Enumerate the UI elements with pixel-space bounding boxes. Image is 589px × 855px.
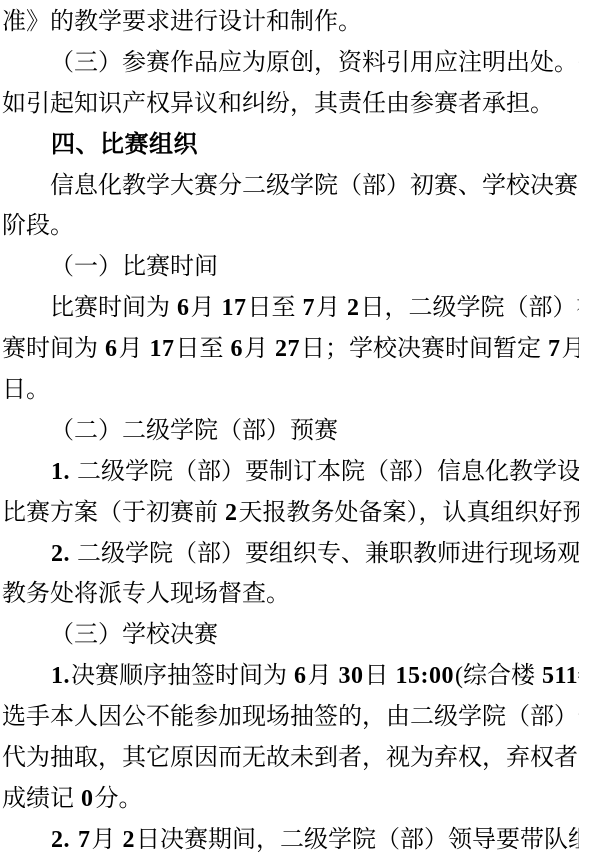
text-run: 月 bbox=[316, 295, 346, 321]
bold-run: 7 bbox=[302, 295, 317, 321]
bold-run: 7 bbox=[77, 827, 92, 853]
bold-run: 四、比赛组织 bbox=[50, 132, 199, 158]
text-run: 成绩记 bbox=[2, 786, 80, 812]
text-line: 选手本人因公不能参加现场抽签的，由二级学院（部）领导 bbox=[2, 697, 579, 738]
text-run: 月 bbox=[562, 336, 580, 362]
text-line: 代为抽取，其它原因而无故未到者，视为弃权，弃权者比赛 bbox=[2, 738, 579, 779]
text-run: 日 bbox=[365, 663, 395, 689]
bold-run: 17 bbox=[149, 336, 176, 362]
text-line: 2. 7月 2日决赛期间，二级学院（部）领导要带队组织 bbox=[2, 820, 579, 855]
text-run: 月 bbox=[92, 827, 122, 853]
bold-run: 15:00 bbox=[395, 663, 456, 689]
text-run: 月 bbox=[119, 336, 149, 362]
text-line: 日。 bbox=[2, 370, 579, 411]
bold-run: 7 bbox=[547, 336, 562, 362]
text-line: 准》的教学要求进行设计和制作。 bbox=[2, 2, 579, 43]
text-run: 代为抽取，其它原因而无故未到者，视为弃权，弃权者比赛 bbox=[2, 745, 579, 771]
text-run: 天报教务处备案），认真组织好预赛。 bbox=[239, 500, 580, 526]
text-run: 如引起知识产权异议和纠纷，其责任由参赛者承担。 bbox=[2, 91, 554, 117]
text-run: 分。 bbox=[95, 786, 143, 812]
bold-run: 2 bbox=[122, 827, 137, 853]
bold-run: 1. bbox=[50, 459, 71, 485]
text-line: 比赛时间为 6月 17日至 7月 2日，二级学院（部）初 bbox=[2, 288, 579, 329]
bold-run: 30 bbox=[338, 663, 365, 689]
text-run: 准》的教学要求进行设计和制作。 bbox=[2, 9, 362, 35]
text-line: 比赛方案（于初赛前 2天报教务处备案），认真组织好预赛。 bbox=[2, 493, 579, 534]
bold-run: 6 bbox=[293, 663, 308, 689]
bold-run: 1. bbox=[50, 663, 71, 689]
bold-run: 0 bbox=[80, 786, 95, 812]
bold-run: 2 bbox=[346, 295, 361, 321]
text-run: 日。 bbox=[2, 377, 50, 403]
text-line: 2. 二级学院（部）要组织专、兼职教师进行现场观摩， bbox=[2, 534, 579, 575]
text-run: 月 bbox=[191, 295, 221, 321]
text-line: 教务处将派专人现场督查。 bbox=[2, 574, 579, 615]
text-run: 日至 bbox=[176, 336, 230, 362]
text-line: （三）参赛作品应为原创，资料引用应注明出处。作品 bbox=[2, 43, 579, 84]
bold-run: 2. bbox=[50, 541, 71, 567]
text-line: （二）二级学院（部）预赛 bbox=[2, 411, 579, 452]
text-run: 日至 bbox=[248, 295, 302, 321]
text-run: 二级学院（部）要组织专、兼职教师进行现场观摩， bbox=[71, 541, 579, 567]
text-line: 如引起知识产权异议和纠纷，其责任由参赛者承担。 bbox=[2, 84, 579, 125]
bold-run: 17 bbox=[221, 295, 248, 321]
text-run: 二级学院（部）要制订本院（部）信息化教学设计 bbox=[71, 459, 579, 485]
text-run: （二）二级学院（部）预赛 bbox=[50, 418, 338, 444]
bold-run: 27 bbox=[274, 336, 301, 362]
text-line: 信息化教学大赛分二级学院（部）初赛、学校决赛两个 bbox=[2, 166, 579, 207]
text-run: 选手本人因公不能参加现场抽签的，由二级学院（部）领导 bbox=[2, 704, 579, 730]
text-run: 信息化教学大赛分二级学院（部）初赛、学校决赛两个 bbox=[50, 173, 579, 199]
text-run: 月 bbox=[244, 336, 274, 362]
text-run: 比赛方案（于初赛前 bbox=[2, 500, 224, 526]
bold-run: 511# bbox=[541, 663, 579, 689]
text-line: 赛时间为 6月 17日至 6月 27日；学校决赛时间暂定 7月 2 bbox=[2, 329, 579, 370]
document-page: 准》的教学要求进行设计和制作。（三）参赛作品应为原创，资料引用应注明出处。作品如… bbox=[0, 0, 589, 855]
text-line: 1. 二级学院（部）要制订本院（部）信息化教学设计 bbox=[2, 452, 579, 493]
text-run: 日，二级学院（部）初 bbox=[361, 295, 580, 321]
text-run: 教务处将派专人现场督查。 bbox=[2, 581, 290, 607]
text-run: 赛时间为 bbox=[2, 336, 104, 362]
text-run: 日决赛期间，二级学院（部）领导要带队组织 bbox=[136, 827, 579, 853]
text-run: （三）学校决赛 bbox=[50, 622, 218, 648]
text-run: (综合楼 bbox=[455, 663, 541, 689]
text-line: 成绩记 0分。 bbox=[2, 779, 579, 820]
bold-run: 2 bbox=[224, 500, 239, 526]
text-line: 阶段。 bbox=[2, 206, 579, 247]
text-run: 比赛时间为 bbox=[50, 295, 176, 321]
text-line: 1.决赛顺序抽签时间为 6月 30日 15:00(综合楼 511#)， bbox=[2, 656, 579, 697]
bold-run: 2. bbox=[50, 827, 71, 853]
text-run: 决赛顺序抽签时间为 bbox=[71, 663, 293, 689]
bold-run: 6 bbox=[176, 295, 191, 321]
bold-run: 6 bbox=[104, 336, 119, 362]
text-run: 日；学校决赛时间暂定 bbox=[301, 336, 547, 362]
text-run: 阶段。 bbox=[2, 213, 74, 239]
text-run: 月 bbox=[308, 663, 338, 689]
text-run: （一）比赛时间 bbox=[50, 254, 218, 280]
document-body: 准》的教学要求进行设计和制作。（三）参赛作品应为原创，资料引用应注明出处。作品如… bbox=[2, 2, 579, 855]
bold-run: 6 bbox=[230, 336, 245, 362]
text-run: （三）参赛作品应为原创，资料引用应注明出处。作品 bbox=[50, 50, 579, 76]
text-line: （一）比赛时间 bbox=[2, 247, 579, 288]
text-line: （三）学校决赛 bbox=[2, 615, 579, 656]
section-heading-line: 四、比赛组织 bbox=[2, 125, 579, 166]
